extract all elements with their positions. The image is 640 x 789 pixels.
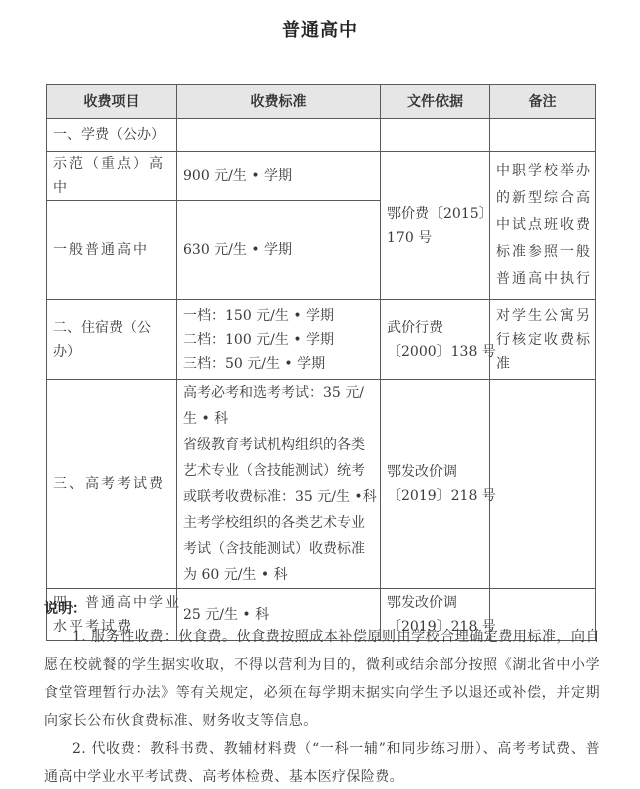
row-item: 三、高考考试费	[47, 380, 177, 589]
row-item: 示范（重点）高中	[47, 152, 177, 201]
row-basis	[381, 119, 490, 152]
row-basis: 鄂价费〔2015〕 170 号	[381, 152, 490, 300]
header-note: 备注	[490, 85, 596, 119]
table-row: 一、学费（公办）	[47, 119, 596, 152]
page-title: 普通高中	[0, 16, 640, 42]
row-standard: 高考必考和选考考试：35 元/ 生 • 科 省级教育考试机构组织的各类 艺术专业…	[177, 380, 381, 589]
note-paragraph: 1. 服务性收费：伙食费。伙食费按照成本补偿原则由学校合理确定费用标准，向自愿在…	[44, 623, 600, 735]
notes-section: 说明： 1. 服务性收费：伙食费。伙食费按照成本补偿原则由学校合理确定费用标准，…	[44, 595, 600, 789]
row-note: 中职学校举办 的新型综合高 中试点班收费 标准参照一般 普通高中执行	[490, 152, 596, 300]
row-item: 二、住宿费（公办）	[47, 300, 177, 380]
table-row: 示范（重点）高中 900 元/生 • 学期 鄂价费〔2015〕 170 号 中职…	[47, 152, 596, 201]
notes-heading: 说明：	[44, 595, 600, 623]
row-note	[490, 380, 596, 589]
row-basis: 鄂发改价调 〔2019〕218 号	[381, 380, 490, 589]
row-standard: 630 元/生 • 学期	[177, 201, 381, 300]
header-item: 收费项目	[47, 85, 177, 119]
row-basis: 武价行费 〔2000〕138 号	[381, 300, 490, 380]
table-header-row: 收费项目 收费标准 文件依据 备注	[47, 85, 596, 119]
fee-table: 收费项目 收费标准 文件依据 备注 一、学费（公办） 示范（重点）高中 900 …	[46, 84, 596, 641]
row-item: 一般普通高中	[47, 201, 177, 300]
table-row: 三、高考考试费 高考必考和选考考试：35 元/ 生 • 科 省级教育考试机构组织…	[47, 380, 596, 589]
row-standard: 900 元/生 • 学期	[177, 152, 381, 201]
row-item: 一、学费（公办）	[47, 119, 177, 152]
row-standard: 一档：150 元/生 • 学期 二档：100 元/生 • 学期 三档：50 元/…	[177, 300, 381, 380]
table-row: 二、住宿费（公办） 一档：150 元/生 • 学期 二档：100 元/生 • 学…	[47, 300, 596, 380]
row-standard	[177, 119, 381, 152]
row-note: 对学生公寓另 行核定收费标 准	[490, 300, 596, 380]
header-basis: 文件依据	[381, 85, 490, 119]
note-paragraph: 2. 代收费：教科书费、教辅材料费（“一科一辅”和同步练习册）、高考考试费、普通…	[44, 735, 600, 789]
header-standard: 收费标准	[177, 85, 381, 119]
row-note	[490, 119, 596, 152]
